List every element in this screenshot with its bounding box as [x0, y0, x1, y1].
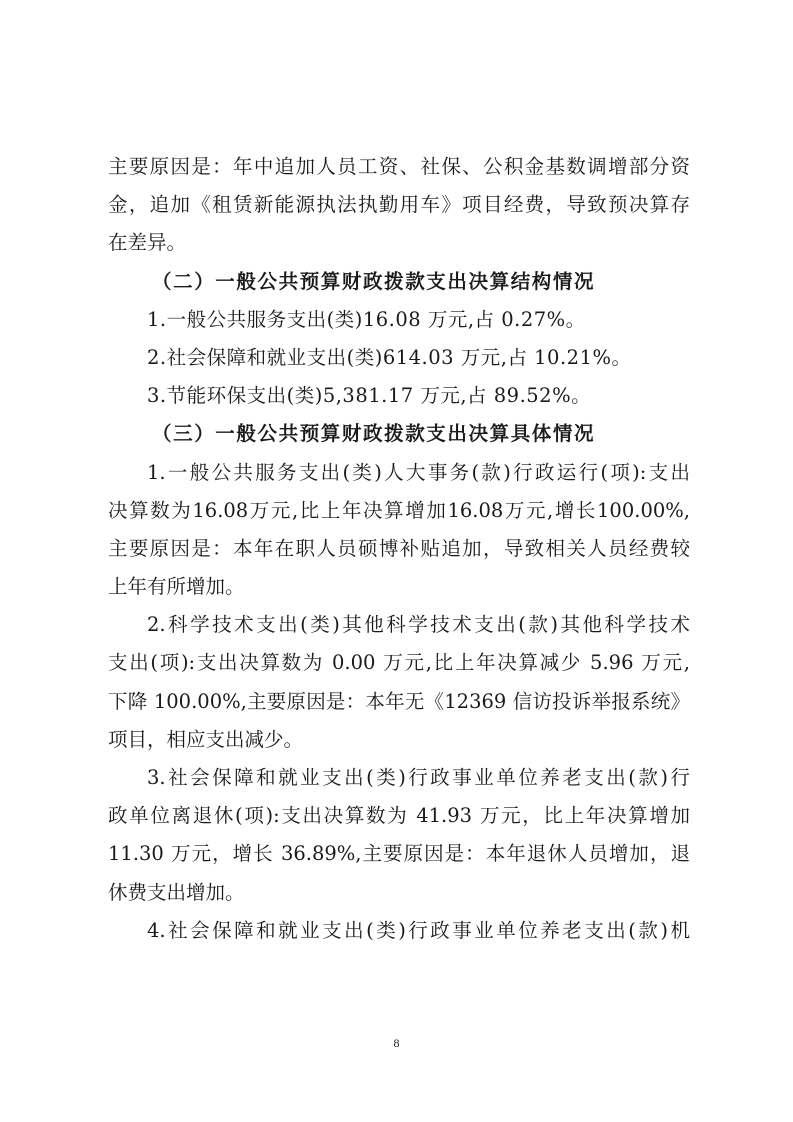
- text-line: 4.社会保障和就业支出(类)行政事业单位养老支出(款)机: [108, 912, 690, 950]
- page-number: 8: [0, 1036, 793, 1051]
- text-line: 下降 100.00%,主要原因是：本年无《12369 信访投诉举报系统》: [108, 683, 690, 721]
- paragraph-item-2: 2.科学技术支出(类)其他科学技术支出(款)其他科学技术 支出(项):支出决算数…: [108, 606, 690, 759]
- text-line: 主要原因是：本年在职人员硕博补贴追加，导致相关人员经费较: [108, 530, 690, 568]
- text-line: 金，追加《租赁新能源执法执勤用车》项目经费，导致预决算存: [108, 186, 690, 224]
- text-line: 休费支出增加。: [108, 874, 690, 912]
- text-line: 2.科学技术支出(类)其他科学技术支出(款)其他科学技术: [108, 606, 690, 644]
- text-line: 项目，相应支出减少。: [108, 721, 690, 759]
- list-item: 3.节能环保支出(类)5,381.17 万元,占 89.52%。: [108, 377, 690, 415]
- text-line: 支出(项):支出决算数为 0.00 万元,比上年决算减少 5.96 万元,: [108, 644, 690, 682]
- text-line: 主要原因是：年中追加人员工资、社保、公积金基数调增部分资: [108, 148, 690, 186]
- paragraph-reason-continuation: 主要原因是：年中追加人员工资、社保、公积金基数调增部分资 金，追加《租赁新能源执…: [108, 148, 690, 263]
- text-line: 上年有所增加。: [108, 568, 690, 606]
- text-line: 决算数为16.08万元,比上年决算增加16.08万元,增长100.00%,: [108, 492, 690, 530]
- text-line: 在差异。: [108, 224, 690, 262]
- document-body: 主要原因是：年中追加人员工资、社保、公积金基数调增部分资 金，追加《租赁新能源执…: [108, 148, 690, 950]
- list-item: 2.社会保障和就业支出(类)614.03 万元,占 10.21%。: [108, 339, 690, 377]
- text-line: 政单位离退休(项):支出决算数为 41.93 万元，比上年决算增加: [108, 797, 690, 835]
- paragraph-item-4: 4.社会保障和就业支出(类)行政事业单位养老支出(款)机: [108, 912, 690, 950]
- paragraph-item-1: 1.一般公共服务支出(类)人大事务(款)行政运行(项):支出 决算数为16.08…: [108, 454, 690, 607]
- text-line: 11.30 万元，增长 36.89%,主要原因是：本年退休人员增加，退: [108, 835, 690, 873]
- structure-list: 1.一般公共服务支出(类)16.08 万元,占 0.27%。 2.社会保障和就业…: [108, 301, 690, 416]
- section-heading-structure: （二）一般公共预算财政拨款支出决算结构情况: [108, 263, 690, 301]
- text-line: 3.社会保障和就业支出(类)行政事业单位养老支出(款)行: [108, 759, 690, 797]
- section-heading-details: （三）一般公共预算财政拨款支出决算具体情况: [108, 415, 690, 453]
- list-item: 1.一般公共服务支出(类)16.08 万元,占 0.27%。: [108, 301, 690, 339]
- paragraph-item-3: 3.社会保障和就业支出(类)行政事业单位养老支出(款)行 政单位离退休(项):支…: [108, 759, 690, 912]
- text-line: 1.一般公共服务支出(类)人大事务(款)行政运行(项):支出: [108, 454, 690, 492]
